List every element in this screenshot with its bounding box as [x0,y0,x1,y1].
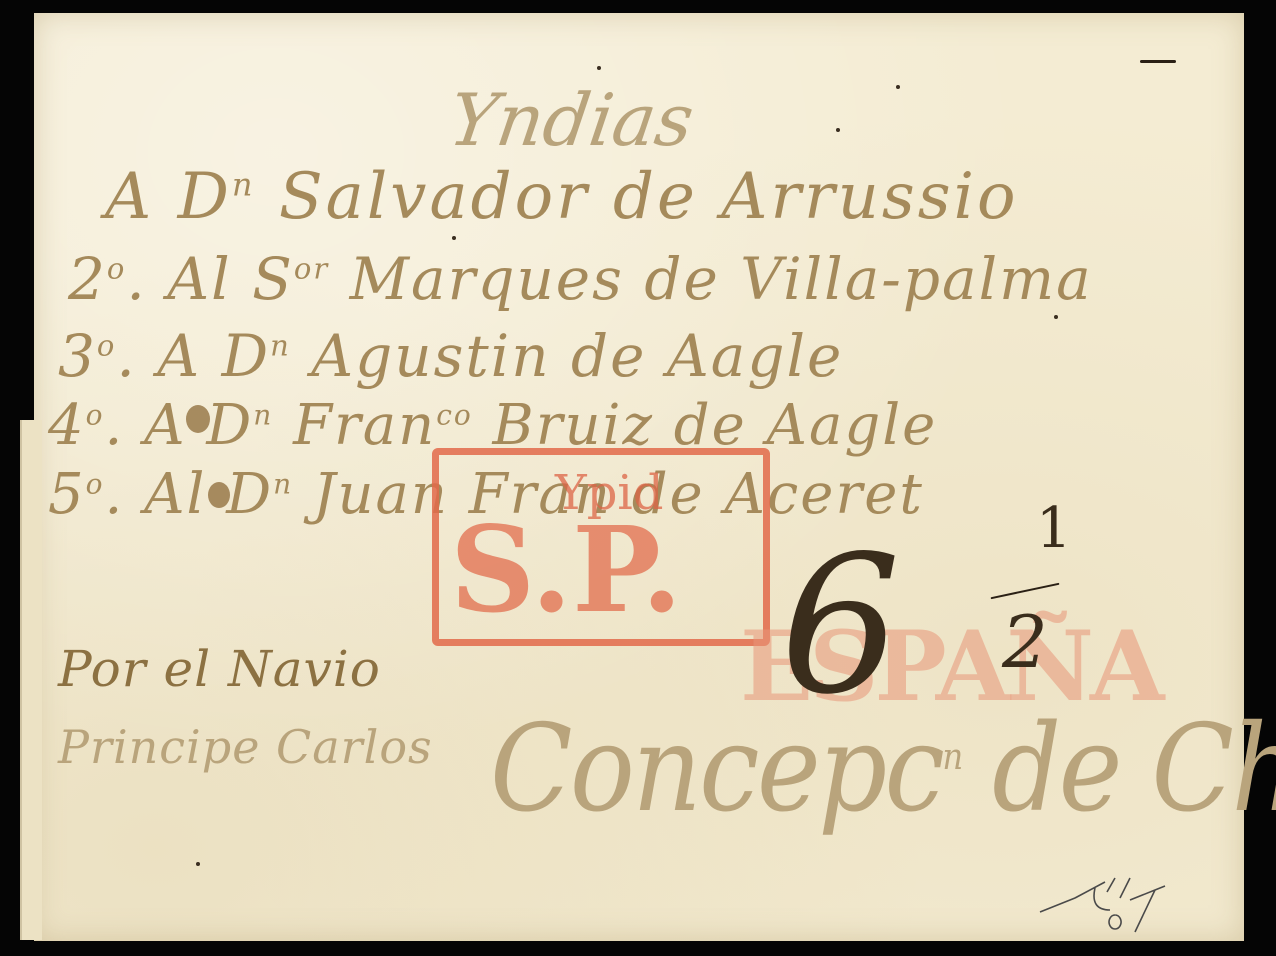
recipient-name: Fran [293,393,436,458]
recipient-name: Salvador de Arrussio [279,160,1019,234]
ink-speck [836,128,840,132]
ink-blot [186,405,210,433]
destination-city: Concepc [490,700,942,839]
honorific: A D [105,160,232,234]
recipient-name: Marques de Villa-palma [350,245,1093,313]
ink-speck [1054,315,1058,319]
destination-country: de Chile [992,700,1276,839]
routing-line-2: Principe Carlos [58,720,433,774]
ink-speck [597,66,601,70]
rate-tick: 1 [1036,496,1072,561]
ink-speck [452,236,456,240]
paper-fold-edge [20,420,42,940]
heading-yndias: Yndias [444,78,699,162]
ink-mark [1140,60,1176,63]
honorific: A D [157,322,270,390]
address-line-3: 3o. A Dn Agustin de Aagle [58,322,843,390]
routing-line-1: Por el Navio [58,640,381,698]
sp-stamp-overlay: Ypid [555,465,664,521]
address-line-2: 2o. Al Sor Marques de Villa-palma [68,245,1093,313]
pencil-signature-icon [1035,870,1185,940]
address-line-1: A Dn Salvador de Arrussio [105,160,1019,234]
recipient-name: Agustin de Aagle [311,322,843,390]
destination: Concepcn de Chile [490,700,1276,839]
honorific: Al S [167,245,294,313]
ink-speck [196,862,200,866]
ink-blot [208,482,230,508]
ink-speck [896,85,900,89]
rate-fraction: 2 [1002,600,1048,684]
